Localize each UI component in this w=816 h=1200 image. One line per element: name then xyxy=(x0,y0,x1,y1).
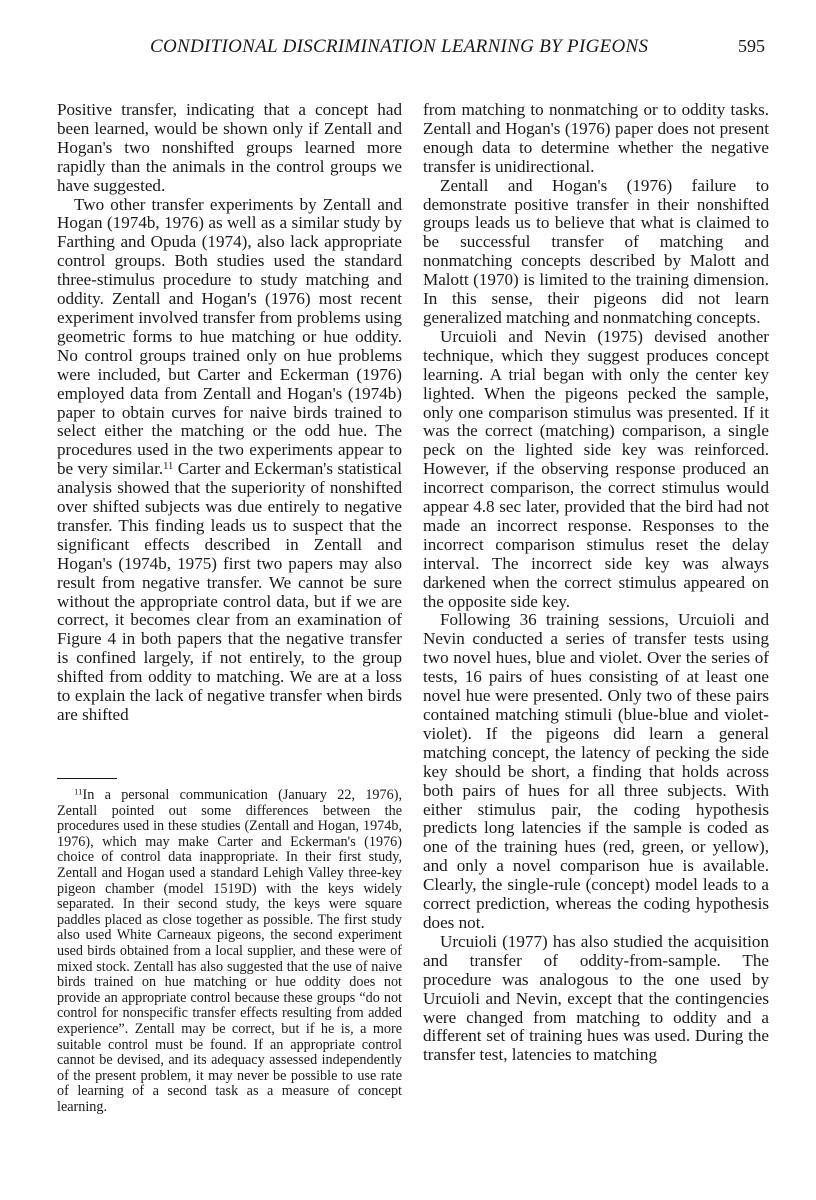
running-head: CONDITIONAL DISCRIMINATION LEARNING BY P… xyxy=(0,36,816,60)
paragraph: Following 36 training sessions, Urcuioli… xyxy=(423,611,769,932)
right-column: from matching to nonmatching or to oddit… xyxy=(423,101,769,1065)
paragraph: Positive transfer, indicating that a con… xyxy=(57,101,402,196)
paragraph-text: Two other transfer experiments by Zental… xyxy=(57,195,402,479)
left-column: Positive transfer, indicating that a con… xyxy=(57,101,402,725)
footnotes: 11In a personal communication (January 2… xyxy=(57,788,402,1115)
paragraph: from matching to nonmatching or to oddit… xyxy=(423,101,769,177)
footnote: 11In a personal communication (January 2… xyxy=(57,788,402,1115)
footnote-text: In a personal communication (January 22,… xyxy=(57,787,402,1115)
footnote-reference[interactable]: 11 xyxy=(163,461,173,472)
paragraph: Zentall and Hogan's (1976) failure to de… xyxy=(423,177,769,328)
paragraph-text: Carter and Eckerman's statistical analys… xyxy=(57,459,402,724)
page-number: 595 xyxy=(738,36,765,57)
paragraph: Urcuioli and Nevin (1975) devised anothe… xyxy=(423,328,769,612)
paragraph: Two other transfer experiments by Zental… xyxy=(57,196,402,725)
running-title: CONDITIONAL DISCRIMINATION LEARNING BY P… xyxy=(150,36,648,58)
paragraph: Urcuioli (1977) has also studied the acq… xyxy=(423,933,769,1065)
footnote-divider xyxy=(57,778,117,779)
